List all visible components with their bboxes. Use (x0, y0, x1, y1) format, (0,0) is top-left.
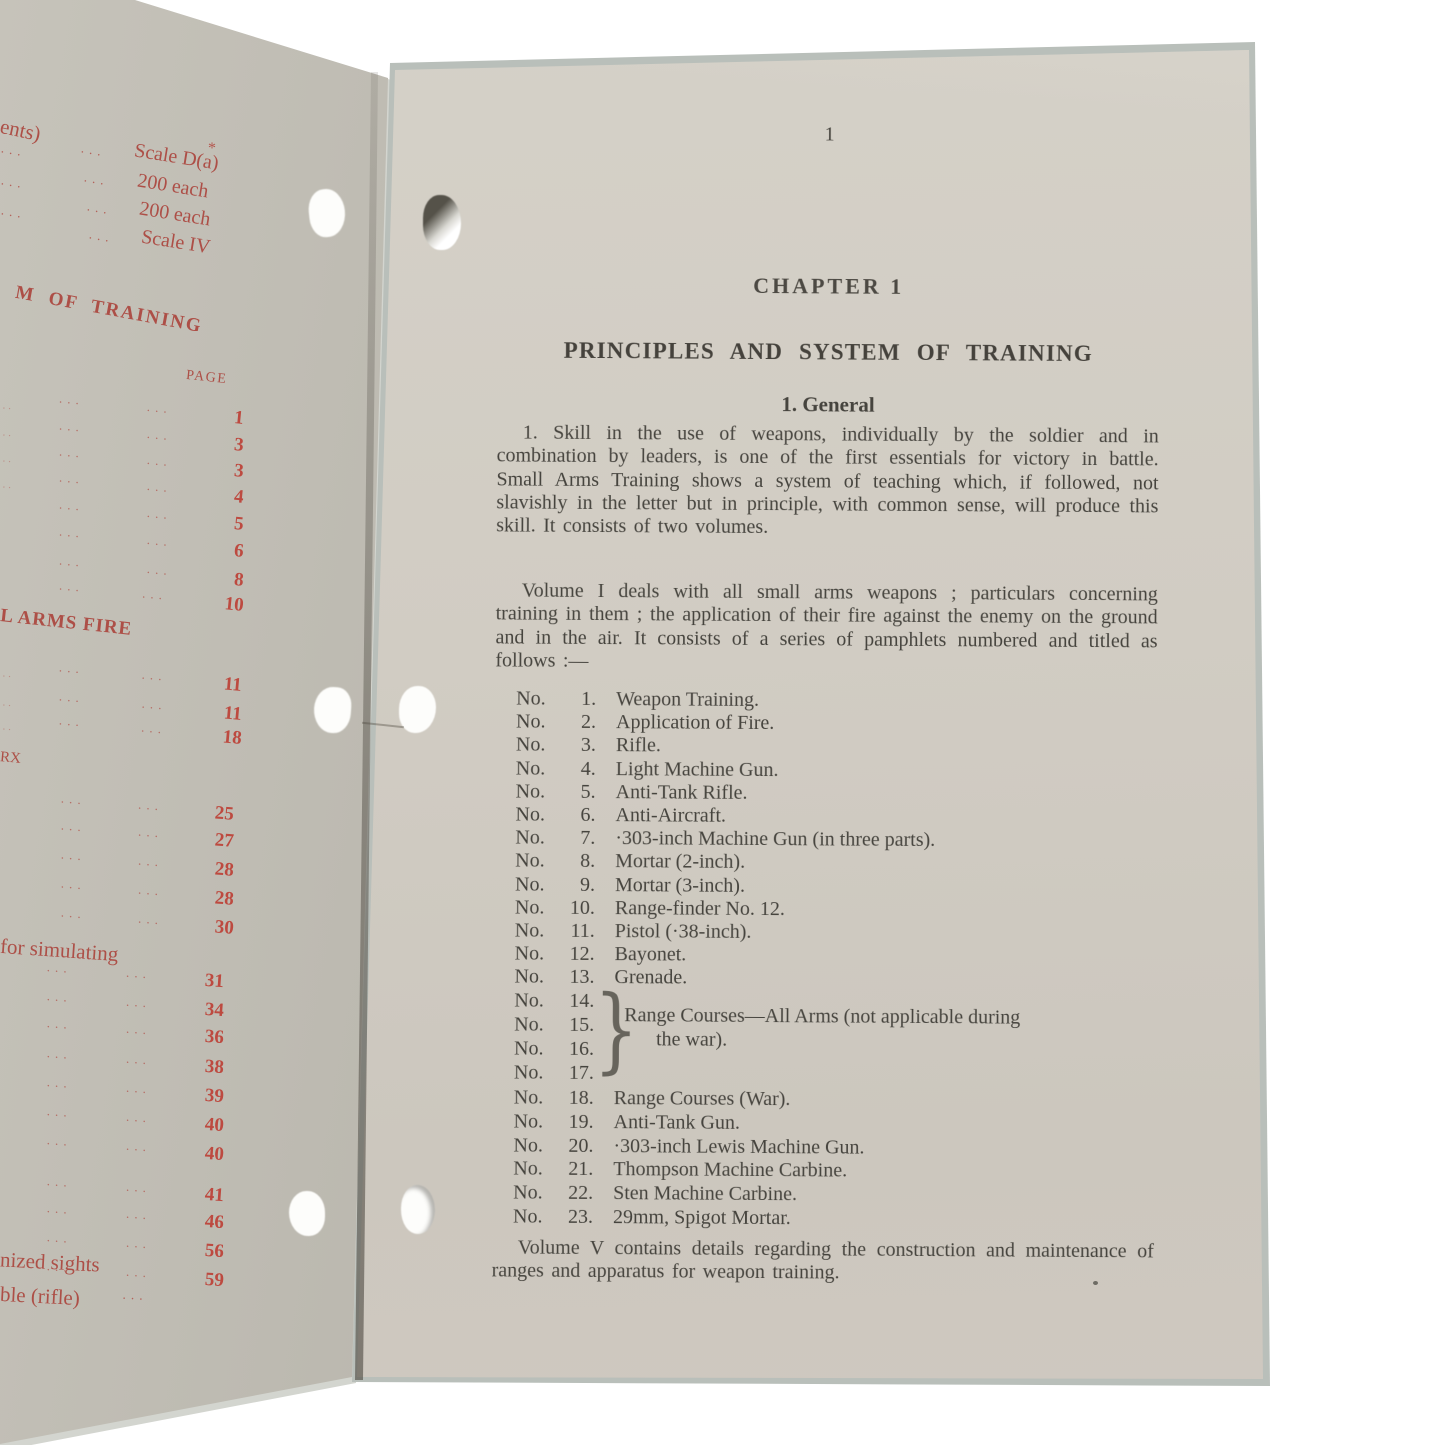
toc-row: ······39 (45, 1074, 224, 1108)
pamphlet-number-prefix: No. (515, 896, 545, 919)
dot-leader: ··· (82, 173, 109, 193)
pamphlet-title: Weapon Training. (616, 688, 759, 711)
toc-page-number: 30 (214, 916, 235, 939)
pamphlet-title: Light Machine Gun. (616, 758, 779, 781)
dot-leader: ·· (1, 481, 13, 494)
pamphlet-number: No.20. (513, 1134, 593, 1157)
dot-leader: ··· (125, 1182, 151, 1200)
toc-row: ······40 (45, 1132, 224, 1166)
dot-leader: ··· (58, 500, 84, 518)
dot-leader: ··· (60, 850, 86, 868)
dot-leader: ··· (140, 723, 166, 741)
dot-leader: ··· (125, 1238, 151, 1256)
dot-leader: ··· (87, 230, 114, 250)
toc-page-number: 41 (204, 1184, 224, 1207)
pamphlet-number-prefix: No. (515, 803, 545, 826)
dot-leader: ··· (46, 1019, 72, 1037)
punch-hole (423, 195, 461, 250)
dot-leader: ··· (58, 692, 84, 710)
dot-leader: ··· (137, 914, 163, 932)
pamphlet-number: No.8. (515, 850, 595, 873)
pamphlet-row: No.23.29mm, Spigot Mortar. (513, 1205, 791, 1229)
dot-leader: ··· (46, 1078, 72, 1096)
pamphlet-title: Range Courses (War). (614, 1087, 791, 1110)
pamphlet-number: No.16. (514, 1037, 594, 1060)
dot-leader: ··· (46, 1204, 72, 1222)
dot-leader: ··· (125, 1141, 151, 1159)
dot-leader: ··· (137, 827, 163, 845)
dot-leader: ·· (1, 671, 13, 684)
pamphlet-title: ·303-inch Lewis Machine Gun. (613, 1135, 864, 1159)
toc-page-number: 56 (204, 1240, 224, 1263)
pamphlet-number-value: 7. (580, 827, 595, 850)
dot-leader: ··· (46, 1107, 72, 1125)
toc-page-number: 59 (204, 1269, 224, 1292)
pamphlet-list: No.1.Weapon Training.No.2.Application of… (2, 0, 1445, 5)
pamphlet-number: No.21. (513, 1158, 593, 1181)
pamphlet-number-value: 1. (581, 688, 596, 711)
toc-fragment-ble-rifle: ble (rifle) (0, 1282, 80, 1311)
dot-leader: ··· (125, 1024, 151, 1042)
dot-leader: ··· (60, 794, 86, 812)
dot-leader: ··· (60, 908, 86, 926)
pamphlet-number-value: 20. (568, 1134, 593, 1157)
pamphlet-number-value: 23. (568, 1206, 593, 1229)
pamphlet-number-prefix: No. (514, 1013, 544, 1036)
dot-leader: ··· (58, 394, 84, 412)
paper-speck (1093, 1281, 1098, 1285)
dot-leader: ··· (58, 716, 84, 734)
dot-leader: ··· (137, 885, 163, 903)
pamphlet-number: No.9. (515, 873, 595, 896)
toc-page-number: 36 (204, 1026, 224, 1049)
pamphlet-number-prefix: No. (514, 989, 544, 1012)
dot-leader: ··· (46, 1233, 72, 1251)
pamphlet-row: No.19.Anti-Tank Gun. (514, 1110, 740, 1133)
pamphlet-number-prefix: No. (513, 1205, 543, 1228)
dot-leader: ··· (125, 1209, 151, 1227)
pamphlet-number: No.12. (515, 943, 595, 966)
dot-leader: ··· (0, 206, 26, 226)
pamphlet-number-prefix: No. (514, 966, 544, 989)
pamphlet-row: No.11.Pistol (·38-inch). (515, 919, 752, 942)
dot-leader: ·· (1, 700, 13, 713)
chapter-title: PRINCIPLES AND SYSTEM OF TRAINING (497, 337, 1159, 367)
toc-page-number: 38 (204, 1056, 224, 1079)
dot-leader: ··· (122, 1290, 148, 1307)
pamphlet-number: No.15. (514, 1013, 594, 1036)
toc-page-number: 8 (233, 569, 245, 592)
toc-page-number: 1 (233, 407, 245, 430)
toc-page-number: 10 (224, 593, 245, 617)
pamphlet-row: No.12.Bayonet. (515, 943, 687, 966)
toc-page-number: 6 (233, 540, 245, 563)
toc-page-number: 40 (204, 1114, 224, 1137)
pamphlet-number: No.2. (516, 711, 596, 734)
toc-page-number: 39 (204, 1085, 224, 1108)
pamphlet-title: Range-finder No. 12. (615, 897, 785, 920)
toc-row: ······31 (45, 959, 224, 993)
dot-leader: ··· (58, 447, 84, 465)
brace-glyph: } (593, 977, 638, 1082)
pamphlet-number-prefix: No. (516, 780, 546, 803)
dot-leader: ··· (0, 144, 26, 164)
dot-leader: ··· (125, 1267, 151, 1285)
pamphlet-number: No.4. (516, 757, 596, 780)
pamphlet-row: No.15. (514, 1013, 594, 1035)
pamphlet-number-value: 17. (569, 1062, 594, 1085)
paragraph-1: 1. Skill in the use of weapons, individu… (496, 421, 1159, 542)
pamphlet-number-prefix: No. (514, 1061, 544, 1084)
pamphlet-title: Application of Fire. (616, 711, 774, 734)
pamphlet-row: No.16. (514, 1037, 594, 1059)
dot-leader: ··· (145, 456, 171, 474)
pamphlet-row: No.17. (514, 1061, 594, 1083)
pamphlet-row: No.4.Light Machine Gun. (516, 757, 779, 781)
dot-leader: ··· (46, 1177, 72, 1195)
pamphlet-number-value: 3. (581, 734, 596, 757)
toc-page-number: 34 (204, 999, 224, 1022)
page-number: 1 (499, 121, 1161, 148)
dot-leader: ··· (125, 997, 151, 1015)
pamphlet-title: Mortar (2-inch). (615, 850, 745, 873)
dot-leader: ··· (125, 1083, 151, 1101)
dot-leader: ··· (137, 800, 163, 818)
pamphlet-row: No.21.Thompson Machine Carbine. (513, 1158, 847, 1182)
pamphlet-number-value: 22. (568, 1182, 593, 1205)
pamphlet-group-label-line1: Range Courses—All Arms (not applicable d… (624, 1004, 1020, 1029)
toc-row: ······30 (59, 904, 234, 940)
pamphlet-number-prefix: No. (516, 757, 546, 780)
dot-leader: ··· (137, 856, 163, 874)
dot-leader: ··· (46, 1136, 72, 1154)
pamphlet-number-value: 15. (569, 1014, 594, 1037)
pamphlet-number-value: 8. (580, 850, 595, 873)
pamphlet-number: No.13. (514, 966, 594, 989)
dot-leader: ··· (141, 589, 167, 607)
pamphlet-row: No.8.Mortar (2-inch). (515, 850, 745, 873)
pamphlet-number: No.14. (514, 989, 594, 1012)
toc-page-number: 27 (214, 829, 235, 852)
toc-page-number: 40 (204, 1143, 224, 1166)
pamphlet-row: No.2.Application of Fire. (516, 711, 774, 735)
dot-leader: ··· (58, 527, 84, 545)
toc-page-number: 3 (233, 434, 245, 457)
toc-fragment-ents: ents) (0, 114, 43, 147)
pamphlet-number-value: 10. (570, 897, 595, 920)
pamphlet-number: No.10. (515, 896, 595, 919)
pamphlet-row: No.7.·303-inch Machine Gun (in three par… (515, 827, 935, 852)
pamphlet-number-value: 19. (569, 1111, 594, 1134)
pamphlet-number-prefix: No. (514, 1086, 544, 1109)
pamphlet-number-value: 21. (568, 1158, 593, 1181)
dot-leader: ··· (145, 403, 171, 421)
dot-leader: ··· (145, 430, 171, 448)
dot-leader: ··· (58, 581, 84, 599)
pamphlet-number-prefix: No. (516, 687, 546, 710)
dot-leader: ··· (58, 421, 84, 439)
pamphlet-title: Pistol (·38-inch). (615, 920, 752, 943)
toc-page-number: 31 (204, 970, 224, 993)
pamphlet-title: ·303-inch Machine Gun (in three parts). (615, 827, 935, 851)
pamphlet-row: No.10.Range-finder No. 12. (515, 896, 785, 920)
pamphlet-number-prefix: No. (515, 943, 545, 966)
punch-hole (401, 1185, 435, 1234)
pamphlet-number-prefix: No. (516, 734, 546, 757)
pamphlet-row: No.3.Rifle. (516, 734, 661, 757)
pamphlet-title: 29mm, Spigot Mortar. (613, 1206, 791, 1229)
pamphlet-number-value: 14. (569, 990, 594, 1013)
dot-leader: ··· (145, 536, 171, 554)
dot-leader: ·· (1, 455, 13, 468)
book-photo: ents) * ··· ··· ··· ··· ··· ··· ··· Scal… (0, 0, 1445, 1445)
pamphlet-number-prefix: No. (513, 1182, 543, 1205)
pamphlet-number: No.22. (513, 1182, 593, 1205)
toc-page-number: 28 (214, 887, 235, 910)
toc-page-number: 3 (233, 460, 245, 483)
pamphlet-row: No.22.Sten Machine Carbine. (513, 1182, 797, 1206)
pamphlet-number-prefix: No. (515, 919, 545, 942)
dot-leader: ··· (125, 968, 151, 986)
dot-leader: ··· (46, 1262, 72, 1280)
toc-section-system-of-training: M OF TRAINING (14, 282, 205, 338)
toc-page-number: 25 (214, 802, 235, 825)
pamphlet-number: No.19. (514, 1110, 594, 1133)
punch-hole (289, 1191, 325, 1236)
paragraph-3: Volume V contains details regarding the … (492, 1236, 1154, 1287)
pamphlet-row: No.18.Range Courses (War). (514, 1086, 791, 1110)
pamphlet-number-value: 5. (581, 781, 596, 804)
toc-value-scale-iv: Scale IV (140, 226, 212, 260)
dot-leader: ··· (145, 482, 171, 500)
dot-leader: ··· (85, 202, 112, 222)
pamphlet-number: No.11. (515, 919, 595, 942)
dot-leader: ··· (125, 1112, 151, 1130)
toc-row: ······40 (45, 1103, 224, 1137)
dot-leader: ··· (46, 1049, 72, 1067)
dot-leader: ··· (46, 992, 72, 1010)
pamphlet-number: No.23. (513, 1205, 593, 1228)
pamphlet-number-value: 4. (581, 757, 596, 780)
pamphlet-number-prefix: No. (516, 711, 546, 734)
pamphlet-number-value: 9. (580, 873, 595, 896)
pamphlet-row: No.20.·303-inch Lewis Machine Gun. (513, 1134, 864, 1158)
toc-page-number: 28 (214, 858, 235, 881)
dot-leader: ·· (1, 724, 13, 737)
dot-leader: ·· (1, 402, 13, 415)
dot-leader: ··· (46, 963, 72, 981)
pamphlet-number: No.5. (516, 780, 596, 803)
pamphlet-title: Anti-Aircraft. (615, 804, 726, 827)
pamphlet-row: No.14. (514, 989, 594, 1011)
pamphlet-title: Thompson Machine Carbine. (613, 1158, 847, 1181)
dot-leader: ··· (58, 556, 84, 574)
dot-leader: ··· (60, 821, 86, 839)
dot-leader: ··· (125, 1054, 151, 1072)
pamphlet-row: No.9.Mortar (3-inch). (515, 873, 745, 896)
pamphlet-group-label-line2: the war). (656, 1028, 727, 1051)
dot-leader: ·· (1, 429, 13, 442)
pamphlet-number: No.6. (515, 803, 595, 826)
toc-row: ······38 (45, 1045, 224, 1079)
pamphlet-number-prefix: No. (513, 1158, 543, 1181)
toc-page-number: 46 (204, 1211, 224, 1234)
pamphlet-number-prefix: No. (515, 850, 545, 873)
pamphlet-title: Rifle. (616, 734, 661, 756)
pamphlet-number: No.1. (516, 687, 596, 710)
pamphlet-number: No.7. (515, 827, 595, 850)
pamphlet-row: No.6.Anti-Aircraft. (515, 803, 726, 826)
pamphlet-number-prefix: No. (514, 1037, 544, 1060)
pamphlet-number-prefix: No. (514, 1110, 544, 1133)
dot-leader: ··· (140, 699, 166, 717)
pamphlet-row: No.5.Anti-Tank Rifle. (516, 780, 748, 803)
toc-page-column-header: PAGE (185, 368, 228, 388)
pamphlet-title: Mortar (3-inch). (615, 874, 745, 897)
dot-leader: ··· (58, 663, 84, 681)
dot-leader: ··· (60, 879, 86, 897)
toc-section-small-arms-fire: L ARMS FIRE (0, 605, 133, 641)
pamphlet-number-value: 16. (569, 1038, 594, 1061)
pamphlet-number-value: 6. (580, 804, 595, 827)
pamphlet-number-value: 2. (581, 711, 596, 734)
pamphlet-number-prefix: No. (515, 873, 545, 896)
pamphlet-title: Anti-Tank Gun. (614, 1111, 740, 1134)
pamphlet-title: Sten Machine Carbine. (613, 1182, 797, 1205)
pamphlet-title: Bayonet. (615, 943, 687, 965)
chapter-heading: CHAPTER 1 (498, 271, 1160, 301)
toc-section-fragment-rx: RX (0, 749, 22, 768)
dot-leader: ··· (0, 176, 26, 196)
toc-page-number: 5 (233, 513, 245, 536)
pamphlet-number-value: 18. (569, 1087, 594, 1110)
pamphlet-number: No.3. (516, 734, 596, 757)
toc-page-number: 11 (223, 702, 243, 725)
dot-leader: ··· (145, 509, 171, 527)
pamphlet-number-value: 13. (569, 966, 594, 989)
pamphlet-row: No.1.Weapon Training. (516, 687, 759, 710)
pamphlet-number: No.17. (514, 1061, 594, 1084)
pamphlet-number-value: 12. (570, 943, 595, 966)
toc-page-number: 11 (223, 673, 243, 696)
paragraph-2: Volume I deals with all small arms weapo… (495, 579, 1158, 676)
toc-page-number: 18 (222, 726, 243, 750)
dot-leader: ··· (145, 565, 171, 583)
dot-leader: ··· (58, 473, 84, 491)
pamphlet-number-prefix: No. (513, 1134, 543, 1157)
dot-leader: ··· (79, 144, 106, 164)
pamphlet-number-value: 11. (570, 920, 594, 943)
toc-page-number: 4 (233, 486, 245, 509)
pamphlet-number-prefix: No. (515, 827, 545, 850)
pamphlet-title: Anti-Tank Rifle. (616, 781, 748, 804)
section-heading: 1. General (497, 390, 1159, 419)
dot-leader: ··· (140, 670, 166, 688)
pamphlet-number: No.18. (514, 1086, 594, 1109)
